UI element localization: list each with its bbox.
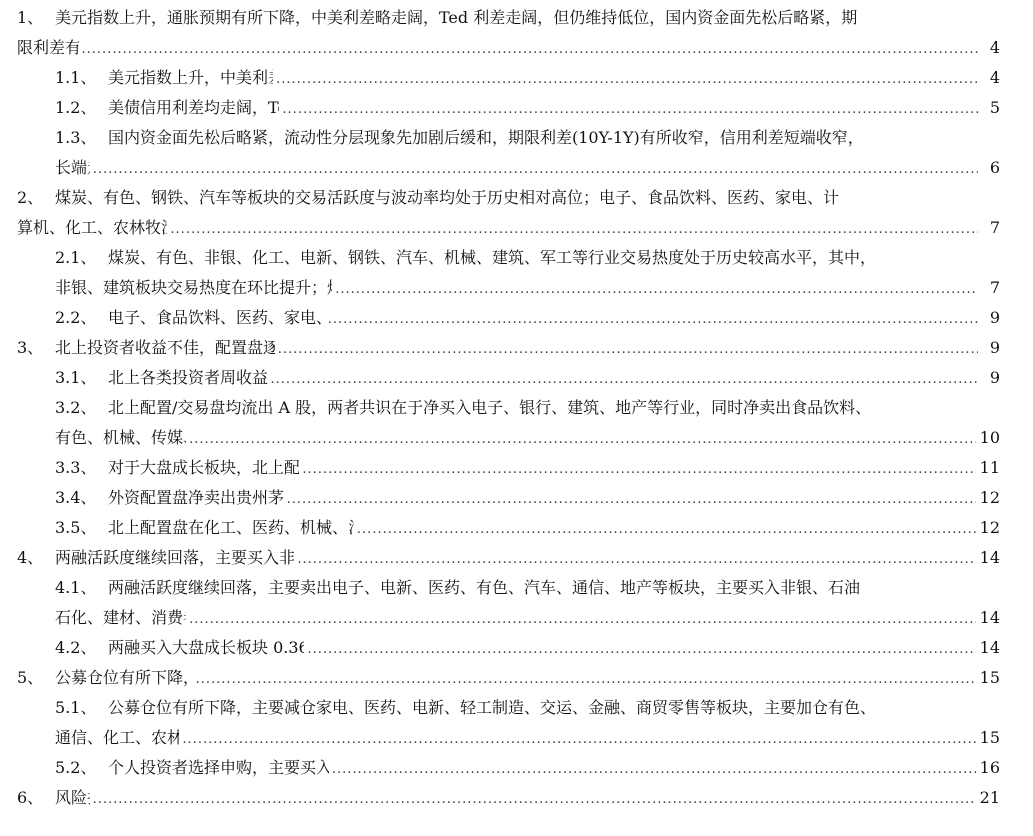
toc-page-number: 9 [982, 333, 1000, 363]
toc-title: 电子、食品饮料、医药、家电、计算机、化工、农林牧渔等板块调研热度居前 [108, 303, 325, 333]
toc-line: 算机、化工、农林牧渔等板块调研热度居前 7 [17, 213, 1033, 243]
toc-page-number: 12 [980, 513, 1000, 543]
toc-title-cont: 石化、建材、消费者服务、机械等板块 [55, 603, 186, 633]
toc-line: 3.5、 北上配置盘在化工、医药、机械、消费者服务、建材等板块主要挖掘 500 … [55, 513, 1033, 543]
toc-entry-4[interactable]: 4、 两融活跃度继续回落，主要买入非银、石油石化、建材、消费者服务、机械等板块 … [0, 543, 1033, 573]
toc-line: 通信、化工、农林牧渔、军工等板块 15 [55, 723, 1033, 753]
toc-entry-4-2[interactable]: 4.2、 两融买入大盘成长板块 0.36 亿元，卖出其他两融标的 103.51 … [0, 633, 1033, 663]
toc-entry-3-4[interactable]: 3.4、 外资配置盘净卖出贵州茅台，净买入宁德时代以及美的集团 12 [0, 483, 1033, 513]
toc-title: 风险提示 [55, 783, 90, 813]
toc-number: 1.1、 [55, 63, 108, 93]
toc-number: 4.2、 [55, 633, 108, 663]
dot-leader [93, 785, 976, 815]
toc-page-number: 15 [980, 663, 1000, 693]
toc-number: 1.2、 [55, 93, 108, 123]
toc-number: 2.2、 [55, 303, 108, 333]
toc-title: 两融活跃度继续回落，主要卖出电子、电新、医药、有色、汽车、通信、地产等板块，主要… [108, 573, 1000, 603]
toc-line: 3.4、 外资配置盘净卖出贵州茅台，净买入宁德时代以及美的集团 12 [55, 483, 1033, 513]
toc-line: 4.2、 两融买入大盘成长板块 0.36 亿元，卖出其他两融标的 103.51 … [55, 633, 1033, 663]
toc-title-cont: 有色、机械、传媒、通信、军工等行业 [55, 423, 186, 453]
toc-entry-2-1[interactable]: 2.1、 煤炭、有色、非银、化工、电新、钢铁、汽车、机械、建筑、军工等行业交易热… [0, 243, 1033, 303]
toc-line: 石化、建材、消费者服务、机械等板块 14 [55, 603, 1033, 633]
toc-page-number: 12 [980, 483, 1000, 513]
toc-line: 5.2、 个人投资者选择申购，主要买入与医药、消费、科技、新能源等板块相关的基金… [55, 753, 1033, 783]
toc-entry-5-2[interactable]: 5.2、 个人投资者选择申购，主要买入与医药、消费、科技、新能源等板块相关的基金… [0, 753, 1033, 783]
dot-leader [196, 665, 976, 695]
toc-title-cont: 限利差有所收窄 [17, 33, 79, 63]
toc-number: 3.3、 [55, 453, 108, 483]
toc-number: 3、 [17, 333, 55, 363]
toc-title: 个人投资者选择申购，主要买入与医药、消费、科技、新能源等板块相关的基金 [108, 753, 329, 783]
toc-title-cont: 算机、化工、农林牧渔等板块调研热度居前 [17, 213, 167, 243]
dot-leader [182, 725, 975, 755]
toc-line: 3、 北上投资者收益不佳，配置盘逐步流出，交易盘继续卖出，内部分歧扩大 9 [17, 333, 1033, 363]
dot-leader [93, 155, 978, 185]
toc-number: 1、 [17, 3, 55, 33]
toc-page-number: 16 [980, 753, 1000, 783]
toc-page-number: 6 [982, 153, 1000, 183]
toc-line: 5、 公募仓位有所下降，个人投资者选择申购 15 [17, 663, 1033, 693]
toc-page-number: 7 [982, 273, 1000, 303]
toc-title: 北上配置/交易盘均流出 A 股，两者共识在于净买入电子、银行、建筑、地产等行业，… [108, 393, 1000, 423]
toc-line: 1、 美元指数上升，通胀预期有所下降，中美利差略走阔，Ted 利差走阔，但仍维持… [17, 3, 1033, 33]
toc-line: 2、 煤炭、有色、钢铁、汽车等板块的交易活跃度与波动率均处于历史相对高位；电子、… [17, 183, 1033, 213]
toc-line: 长端走阔 6 [55, 153, 1033, 183]
toc-page-number: 15 [980, 723, 1000, 753]
toc-page-number: 9 [982, 363, 1000, 393]
dot-leader [357, 515, 976, 545]
toc-title: 外资配置盘净卖出贵州茅台，净买入宁德时代以及美的集团 [108, 483, 284, 513]
dot-leader [328, 305, 978, 335]
dot-leader [271, 365, 978, 395]
toc-title: 煤炭、有色、钢铁、汽车等板块的交易活跃度与波动率均处于历史相对高位；电子、食品饮… [55, 183, 1000, 213]
toc-line: 3.3、 对于大盘成长板块，北上配置盘选择净卖出，交易盘则选择净买入 11 [55, 453, 1033, 483]
toc-title: 国内资金面先松后略紧，流动性分层现象先加剧后缓和，期限利差(10Y-1Y)有所收… [108, 123, 1000, 153]
toc-number: 2、 [17, 183, 55, 213]
toc-title: 公募仓位有所下降，主要减仓家电、医药、电新、轻工制造、交运、金融、商贸零售等板块… [108, 693, 1000, 723]
toc-entry-1-2[interactable]: 1.2、 美债信用利差均走阔，Ted 利差有所走阔，但仍维持低位 5 [0, 93, 1033, 123]
toc-entry-2[interactable]: 2、 煤炭、有色、钢铁、汽车等板块的交易活跃度与波动率均处于历史相对高位；电子、… [0, 183, 1033, 243]
toc-title-cont: 长端走阔 [55, 153, 90, 183]
toc-line: 3.2、 北上配置/交易盘均流出 A 股，两者共识在于净买入电子、银行、建筑、地… [55, 393, 1033, 423]
dot-leader [170, 215, 978, 245]
dot-leader [189, 425, 976, 455]
toc-line: 5.1、 公募仓位有所下降，主要减仓家电、医药、电新、轻工制造、交运、金融、商贸… [55, 693, 1033, 723]
toc-line: 4、 两融活跃度继续回落，主要买入非银、石油石化、建材、消费者服务、机械等板块 … [17, 543, 1033, 573]
toc-title: 公募仓位有所下降，个人投资者选择申购 [55, 663, 193, 693]
toc-number: 5.2、 [55, 753, 108, 783]
dot-leader [302, 455, 975, 485]
dot-leader [335, 275, 978, 305]
dot-leader [307, 635, 975, 665]
dot-leader [282, 95, 978, 125]
toc-number: 3.2、 [55, 393, 108, 423]
toc-number: 4、 [17, 543, 55, 573]
toc-number: 5.1、 [55, 693, 108, 723]
toc-page-number: 10 [980, 423, 1000, 453]
toc-entry-5[interactable]: 5、 公募仓位有所下降，个人投资者选择申购 15 [0, 663, 1033, 693]
dot-leader [287, 485, 976, 515]
toc-title: 两融买入大盘成长板块 0.36 亿元，卖出其他两融标的 103.51 亿元 [108, 633, 304, 663]
toc-entry-3-3[interactable]: 3.3、 对于大盘成长板块，北上配置盘选择净卖出，交易盘则选择净买入 11 [0, 453, 1033, 483]
toc-page-number: 14 [980, 603, 1000, 633]
toc-title: 美元指数上升，通胀预期有所下降，中美利差略走阔，Ted 利差走阔，但仍维持低位，… [55, 3, 1000, 33]
toc-number: 2.1、 [55, 243, 108, 273]
toc-title: 美元指数上升，中美利差略有走阔，通胀预期有所下降 [108, 63, 273, 93]
toc-page-number: 14 [980, 543, 1000, 573]
dot-leader [278, 335, 978, 365]
toc-entry-3-5[interactable]: 3.5、 北上配置盘在化工、医药、机械、消费者服务、建材等板块主要挖掘 500 … [0, 513, 1033, 543]
toc-line: 4.1、 两融活跃度继续回落，主要卖出电子、电新、医药、有色、汽车、通信、地产等… [55, 573, 1033, 603]
toc-title: 北上配置盘在化工、医药、机械、消费者服务、建材等板块主要挖掘 500 亿市值以下… [108, 513, 354, 543]
toc-number: 1.3、 [55, 123, 108, 153]
toc-line: 3.1、 北上各类投资者周收益表现不佳，特别是北上配置盘 9 [55, 363, 1033, 393]
toc-entry-1-1[interactable]: 1.1、 美元指数上升，中美利差略有走阔，通胀预期有所下降 4 [0, 63, 1033, 93]
toc-title-cont: 通信、化工、农林牧渔、军工等板块 [55, 723, 179, 753]
toc-line: 非银、建筑板块交易热度在环比提升；煤炭、有色、钢铁、汽车等板块的波动水平处于历史… [55, 273, 1033, 303]
toc-number: 6、 [17, 783, 55, 813]
toc-number: 3.1、 [55, 363, 108, 393]
toc-entry-3[interactable]: 3、 北上投资者收益不佳，配置盘逐步流出，交易盘继续卖出，内部分歧扩大 9 [0, 333, 1033, 363]
toc-page-number: 14 [980, 633, 1000, 663]
toc-entry-1[interactable]: 1、 美元指数上升，通胀预期有所下降，中美利差略走阔，Ted 利差走阔，但仍维持… [0, 3, 1033, 63]
toc-title: 煤炭、有色、非银、化工、电新、钢铁、汽车、机械、建筑、军工等行业交易热度处于历史… [108, 243, 1000, 273]
toc-entry-2-2[interactable]: 2.2、 电子、食品饮料、医药、家电、计算机、化工、农林牧渔等板块调研热度居前 … [0, 303, 1033, 333]
table-of-contents: 1、 美元指数上升，通胀预期有所下降，中美利差略走阔，Ted 利差走阔，但仍维持… [0, 3, 1033, 813]
toc-title: 北上投资者收益不佳，配置盘逐步流出，交易盘继续卖出，内部分歧扩大 [55, 333, 275, 363]
toc-number: 4.1、 [55, 573, 108, 603]
toc-number: 3.5、 [55, 513, 108, 543]
dot-leader [189, 605, 976, 635]
toc-line: 限利差有所收窄 4 [17, 33, 1033, 63]
toc-title-cont: 非银、建筑板块交易热度在环比提升；煤炭、有色、钢铁、汽车等板块的波动水平处于历史… [55, 273, 332, 303]
toc-line: 2.1、 煤炭、有色、非银、化工、电新、钢铁、汽车、机械、建筑、军工等行业交易热… [55, 243, 1033, 273]
dot-leader [276, 65, 978, 95]
dot-leader [332, 755, 976, 785]
toc-title: 对于大盘成长板块，北上配置盘选择净卖出，交易盘则选择净买入 [108, 453, 299, 483]
dot-leader [297, 545, 975, 575]
toc-line: 6、 风险提示 21 [17, 783, 1033, 813]
toc-entry-3-2[interactable]: 3.2、 北上配置/交易盘均流出 A 股，两者共识在于净买入电子、银行、建筑、地… [0, 393, 1033, 453]
toc-page-number: 7 [982, 213, 1000, 243]
toc-entry-4-1[interactable]: 4.1、 两融活跃度继续回落，主要卖出电子、电新、医药、有色、汽车、通信、地产等… [0, 573, 1033, 633]
toc-title: 北上各类投资者周收益表现不佳，特别是北上配置盘 [108, 363, 268, 393]
toc-line: 2.2、 电子、食品饮料、医药、家电、计算机、化工、农林牧渔等板块调研热度居前 … [55, 303, 1033, 333]
toc-title: 两融活跃度继续回落，主要买入非银、石油石化、建材、消费者服务、机械等板块 [55, 543, 294, 573]
toc-title: 美债信用利差均走阔，Ted 利差有所走阔，但仍维持低位 [108, 93, 279, 123]
toc-page-number: 9 [982, 303, 1000, 333]
toc-line: 1.2、 美债信用利差均走阔，Ted 利差有所走阔，但仍维持低位 5 [55, 93, 1033, 123]
toc-page-number: 4 [982, 63, 1000, 93]
toc-number: 3.4、 [55, 483, 108, 513]
toc-entry-3-1[interactable]: 3.1、 北上各类投资者周收益表现不佳，特别是北上配置盘 9 [0, 363, 1033, 393]
toc-entry-5-1[interactable]: 5.1、 公募仓位有所下降，主要减仓家电、医药、电新、轻工制造、交运、金融、商贸… [0, 693, 1033, 753]
toc-number: 5、 [17, 663, 55, 693]
toc-entry-6[interactable]: 6、 风险提示 21 [0, 783, 1033, 813]
toc-line: 有色、机械、传媒、通信、军工等行业 10 [55, 423, 1033, 453]
toc-line: 1.3、 国内资金面先松后略紧，流动性分层现象先加剧后缓和，期限利差(10Y-1… [55, 123, 1033, 153]
toc-line: 1.1、 美元指数上升，中美利差略有走阔，通胀预期有所下降 4 [55, 63, 1033, 93]
toc-entry-1-3[interactable]: 1.3、 国内资金面先松后略紧，流动性分层现象先加剧后缓和，期限利差(10Y-1… [0, 123, 1033, 183]
toc-page-number: 21 [980, 783, 1000, 813]
toc-page-number: 4 [982, 33, 1000, 63]
toc-page-number: 11 [980, 453, 1000, 483]
toc-page-number: 5 [982, 93, 1000, 123]
dot-leader [82, 35, 978, 65]
